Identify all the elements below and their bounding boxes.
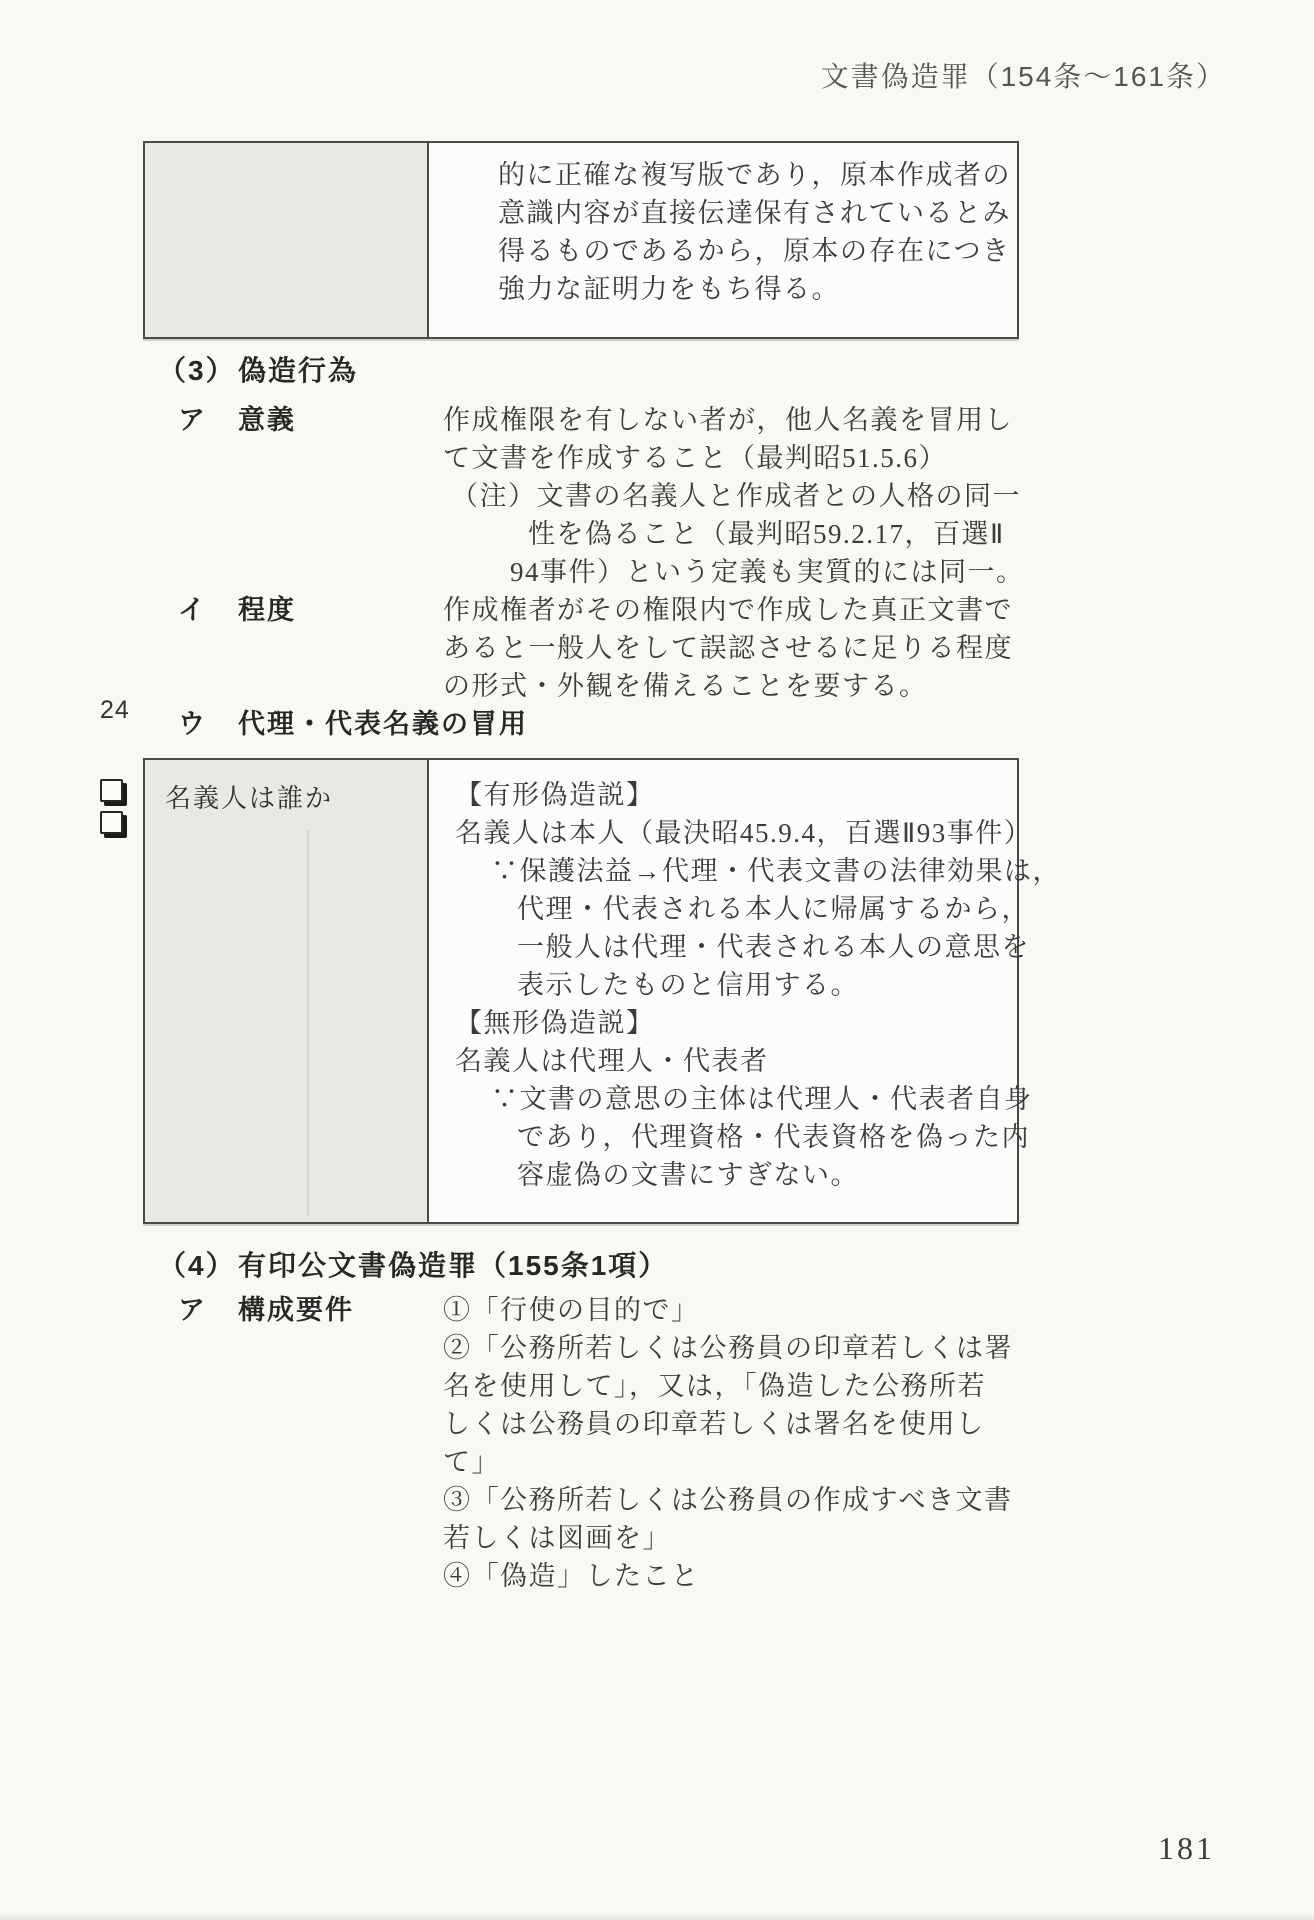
section-3-number: （3） <box>158 352 236 390</box>
item-label: 意義 <box>238 401 296 439</box>
text-line: 名義人は本人（最決昭45.9.4，百選Ⅱ93事件） <box>455 814 1061 852</box>
item-i-teido: イ 程度 作成権者がその権限内で作成した真正文書であると一般人をして誤認させるに… <box>0 591 1314 705</box>
meigi-table: 名義人は誰か 【有形偽造説】名義人は本人（最決昭45.9.4，百選Ⅱ93事件）∵… <box>143 758 1019 1224</box>
item-marker: ア <box>178 1291 205 1329</box>
text-line: 94事件）という定義も実質的には同一。 <box>443 553 1314 591</box>
text-line: 作成権限を有しない者が，他人名義を冒用し <box>443 401 1314 439</box>
text-line: であり，代理資格・代表資格を偽った内 <box>455 1118 1061 1156</box>
text-line: 得るものであるから，原本の存在につき <box>498 232 1013 270</box>
text-line: 【有形偽造説】 <box>455 776 1061 814</box>
text-line: 意識内容が直接伝達保有されているとみ <box>498 194 1013 232</box>
item-a-igi: ア 意義 作成権限を有しない者が，他人名義を冒用して文書を作成すること（最判昭5… <box>0 401 1314 591</box>
text-line: 名を使用して」，又は，「偽造した公務所若 <box>443 1367 1314 1405</box>
item-body: ①「行使の目的で」②「公務所若しくは公務員の印章若しくは署名を使用して」，又は，… <box>443 1291 1314 1595</box>
item-label: 構成要件 <box>238 1291 354 1329</box>
scan-edge-artifact <box>0 1912 1314 1920</box>
text-line: （注）文書の名義人と作成者との人格の同一 <box>443 477 1314 515</box>
text-line: 【無形偽造説】 <box>455 1004 1061 1042</box>
text-line: 名義人は代理人・代表者 <box>455 1042 1061 1080</box>
text-line: 代理・代表される本人に帰属するから， <box>455 890 1061 928</box>
text-line: 性を偽ること（最判昭59.2.17，百選Ⅱ <box>443 515 1314 553</box>
margin-checkbox-icon <box>100 779 123 802</box>
item-body: 作成権限を有しない者が，他人名義を冒用して文書を作成すること（最判昭51.5.6… <box>443 401 1314 591</box>
section-4-number: （4） <box>158 1247 236 1285</box>
text-line: あると一般人をして誤認させるに足りる程度 <box>443 629 1314 667</box>
text-line: ∵文書の意思の主体は代理人・代表者自身 <box>455 1080 1061 1118</box>
item-marker: イ <box>178 591 205 629</box>
item-label: 代理・代表名義の冒用 <box>238 705 528 743</box>
text-line: ∵保護法益→代理・代表文書の法律効果は， <box>455 852 1061 890</box>
text-line: ④「偽造」したこと <box>443 1557 1314 1595</box>
text-line: 一般人は代理・代表される本人の意思を <box>455 928 1061 966</box>
copy-table-right-cell: 的に正確な複写版であり，原本作成者の意識内容が直接伝達保有されているとみ得るもの… <box>429 143 1017 337</box>
text-line: しくは公務員の印章若しくは署名を使用し <box>443 1405 1314 1443</box>
text-line: 容虚偽の文書にすぎない。 <box>455 1156 1061 1194</box>
item-body: 作成権者がその権限内で作成した真正文書であると一般人をして誤認させるに足りる程度… <box>443 591 1314 705</box>
copy-table-left-cell <box>145 143 429 337</box>
book-page: 文書偽造罪（154条～161条） 的に正確な複写版であり，原本作成者の意識内容が… <box>0 0 1314 1920</box>
copy-doctrine-table: 的に正確な複写版であり，原本作成者の意識内容が直接伝達保有されているとみ得るもの… <box>143 141 1019 339</box>
item-label: 程度 <box>238 591 296 629</box>
meigi-table-left-cell: 名義人は誰か <box>145 760 429 1222</box>
text-line: 的に正確な複写版であり，原本作成者の <box>498 156 1013 194</box>
margin-checkbox-icon <box>100 811 123 834</box>
item-marker: ウ <box>178 705 205 743</box>
page-number: 181 <box>1158 1830 1215 1867</box>
text-line: て」 <box>443 1443 1314 1481</box>
text-line: ①「行使の目的で」 <box>443 1291 1314 1329</box>
margin-paragraph-number: 24 <box>100 696 130 725</box>
text-line: て文書を作成すること（最判昭51.5.6） <box>443 439 1314 477</box>
running-header: 文書偽造罪（154条～161条） <box>821 55 1226 95</box>
text-line: の形式・外観を備えることを要する。 <box>443 667 1314 705</box>
section-3-title: 偽造行為 <box>238 352 358 390</box>
meigi-table-right-cell: 【有形偽造説】名義人は本人（最決昭45.9.4，百選Ⅱ93事件）∵保護法益→代理… <box>429 760 1065 1222</box>
text-line: 若しくは図画を」 <box>443 1519 1314 1557</box>
item-a-kosei-yoken: ア 構成要件 ①「行使の目的で」②「公務所若しくは公務員の印章若しくは署名を使用… <box>0 1291 1314 1595</box>
text-line: 表示したものと信用する。 <box>455 966 1061 1004</box>
text-line: ③「公務所若しくは公務員の作成すべき文書 <box>443 1481 1314 1519</box>
item-marker: ア <box>178 401 205 439</box>
text-line: 作成権者がその権限内で作成した真正文書で <box>443 591 1314 629</box>
text-line: ②「公務所若しくは公務員の印章若しくは署 <box>443 1329 1314 1367</box>
text-line: 強力な証明力をもち得る。 <box>498 270 1013 308</box>
section-4-title: 有印公文書偽造罪（155条1項） <box>238 1247 668 1285</box>
